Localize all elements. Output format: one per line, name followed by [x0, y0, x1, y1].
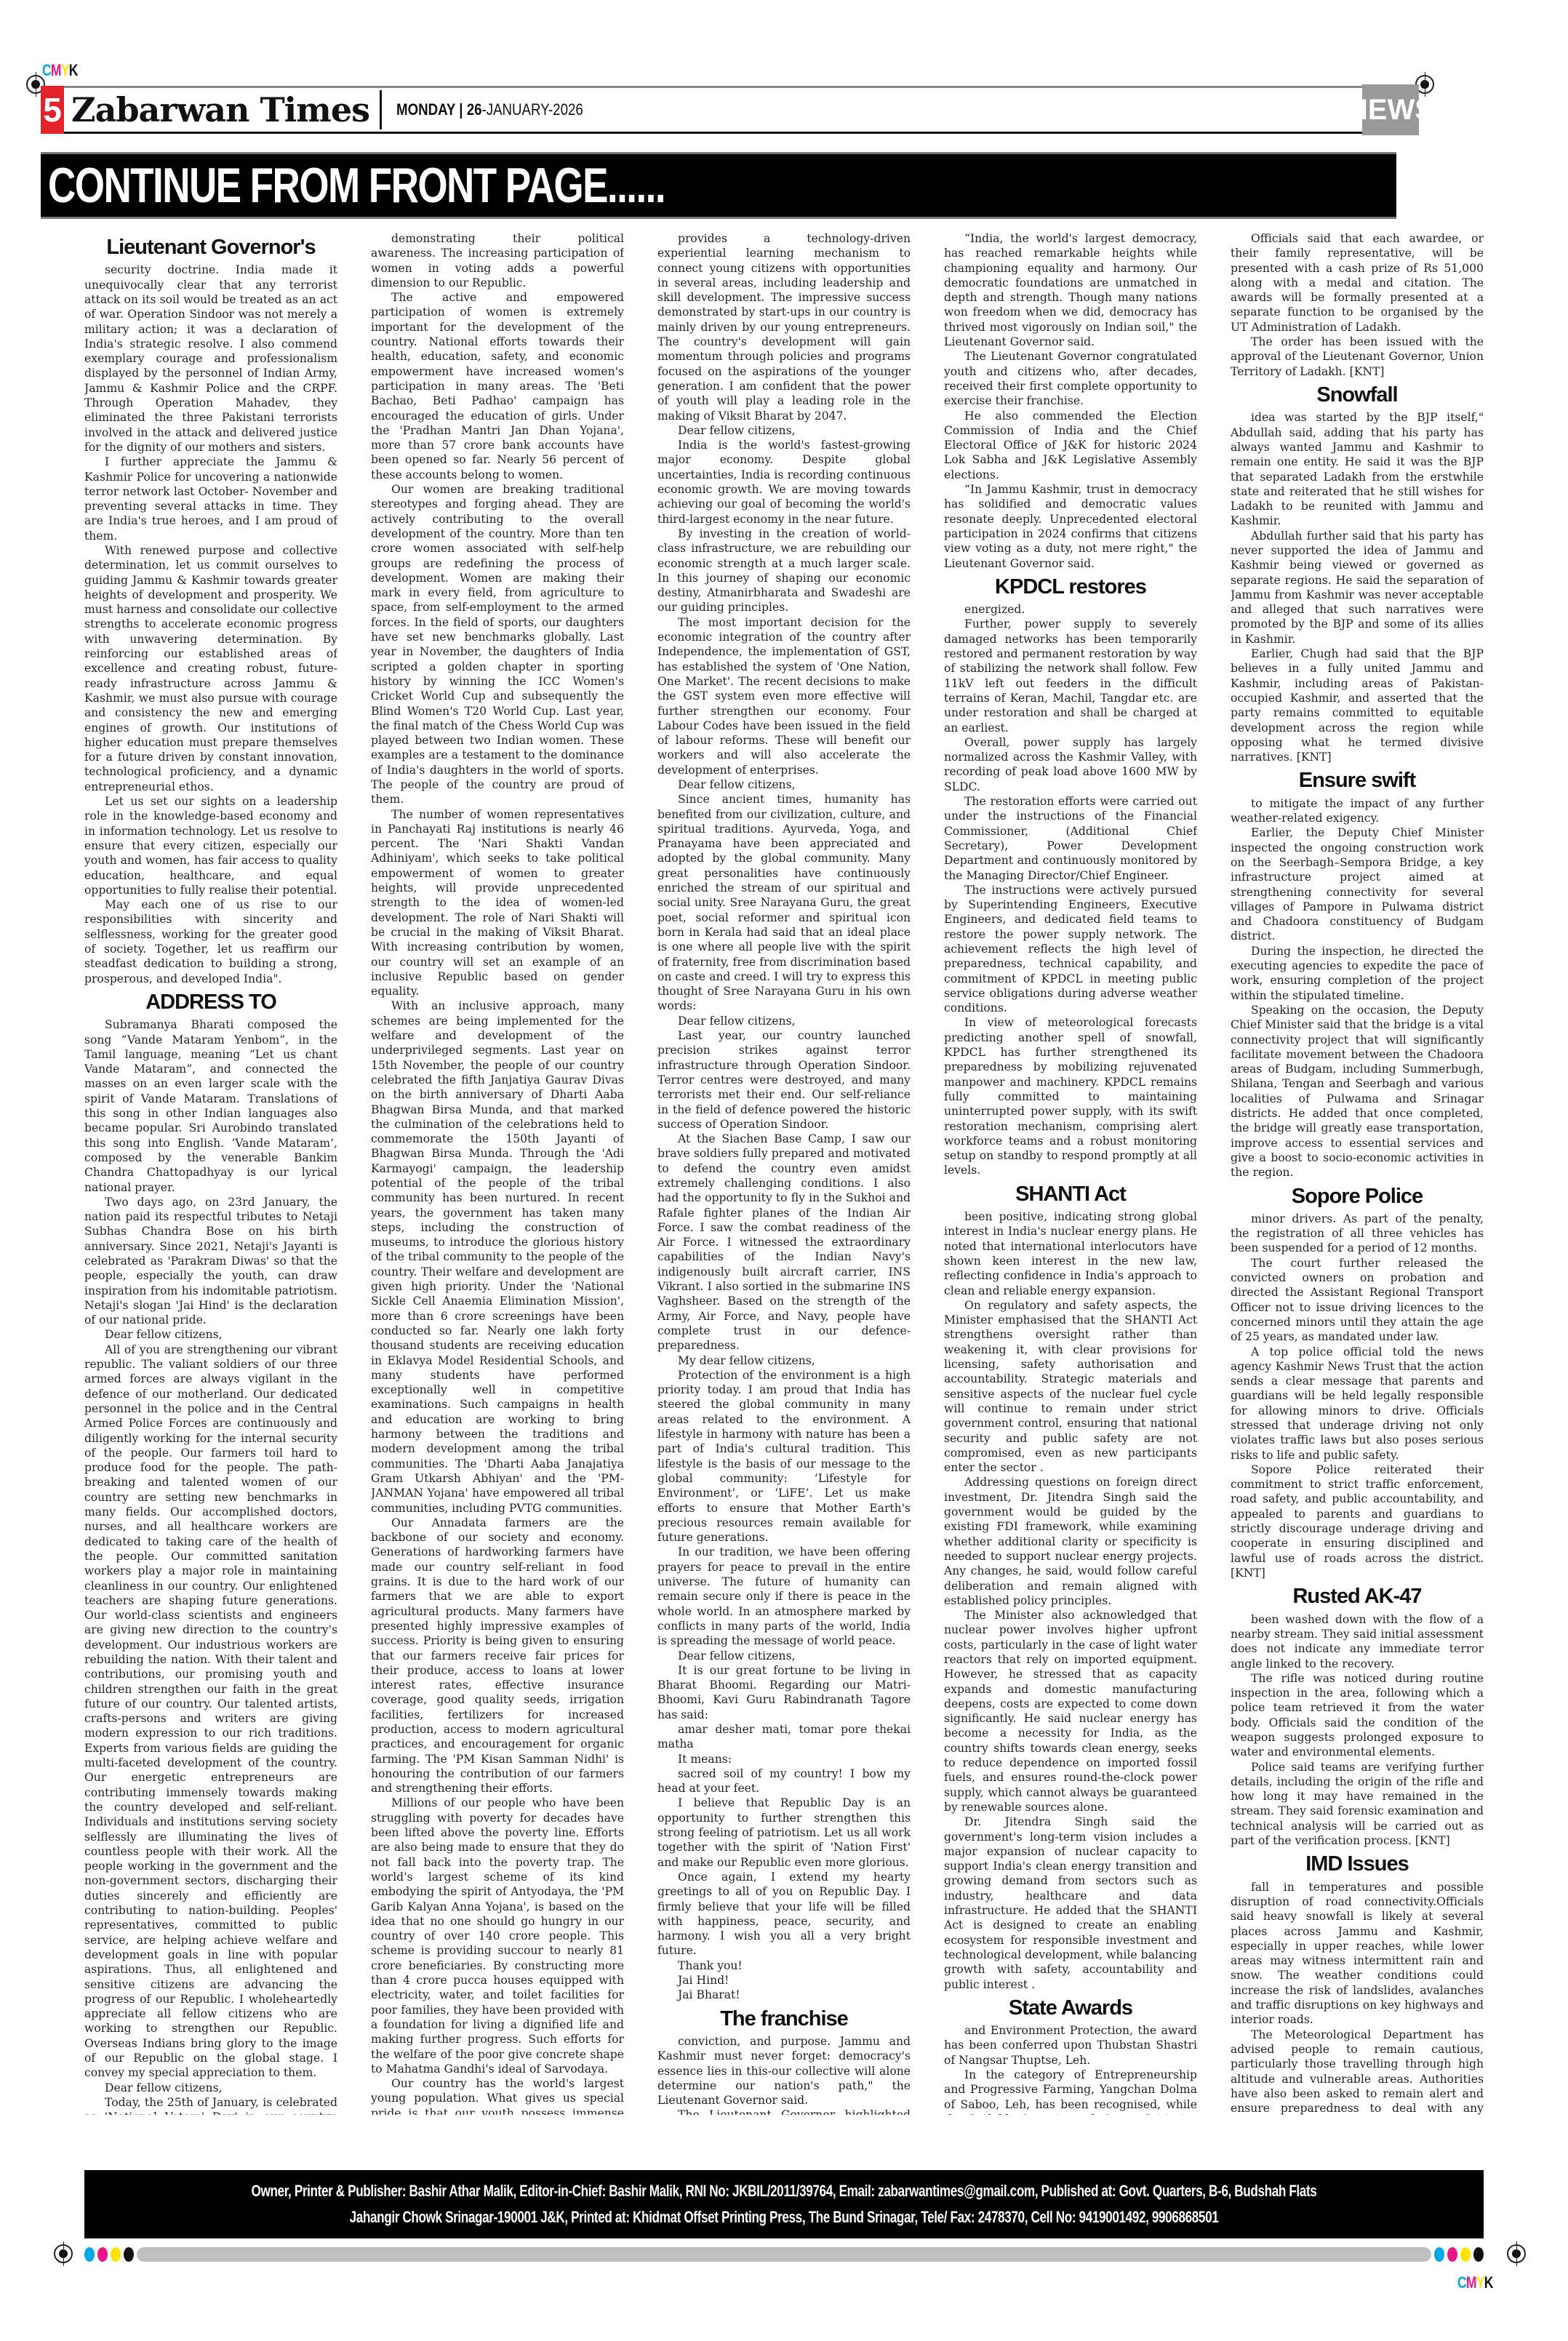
article-paragraph: Further, power supply to severely damage…	[944, 617, 1197, 735]
article-paragraph: All of you are strengthening our vibrant…	[84, 1342, 337, 2081]
section-tag: NEWS	[1362, 84, 1419, 135]
article-paragraph: He also commended the Election Commissio…	[944, 409, 1197, 482]
article-paragraph: Addressing questions on foreign direct i…	[944, 1475, 1197, 1608]
article-paragraph: Protection of the environment is a high …	[657, 1368, 911, 1545]
column-3: provides a technology-driven experientia…	[657, 231, 911, 2115]
registration-mark-icon	[1507, 2244, 1526, 2263]
article-paragraph: A top police official told the news agen…	[1231, 1345, 1484, 1462]
article-paragraph: Thank you!	[657, 1958, 911, 1973]
article: demonstrating their political awareness.…	[371, 231, 624, 2115]
article: State Awardsand Environment Protection, …	[944, 1996, 1197, 2115]
page-number: 5	[41, 86, 64, 134]
article-paragraph: The Meteorological Department has advise…	[1231, 2028, 1484, 2115]
magenta-swatch	[97, 2247, 108, 2262]
article-headline: Lieutenant Governor's	[84, 236, 337, 260]
article-paragraph: India is the world's fastest-growing maj…	[657, 438, 911, 527]
article-paragraph: minor drivers. As part of the penalty, t…	[1231, 1212, 1484, 1256]
divider	[380, 90, 382, 129]
article-paragraph: sacred soil of my country! I bow my head…	[657, 1766, 911, 1796]
article-paragraph: Dear fellow citizens,	[84, 1327, 337, 1342]
article-paragraph: The Lieutenant Governor congratulated yo…	[944, 349, 1197, 408]
banner-title: CONTINUE FROM FRONT PAGE......	[48, 157, 665, 214]
article-paragraph: Jai Hind!	[657, 1973, 911, 1988]
article-paragraph: In view of meteorological forecasts pred…	[944, 1015, 1197, 1177]
article-paragraph: “In Jammu Kashmir, trust in democracy ha…	[944, 482, 1197, 571]
article-paragraph: With an inclusive approach, many schemes…	[371, 999, 624, 1515]
article-paragraph: been washed down with the flow of a near…	[1231, 1612, 1484, 1671]
article-paragraph: “India, the world's largest democracy, h…	[944, 231, 1197, 349]
article-paragraph: Millions of our people who have been str…	[371, 1796, 624, 2076]
article-paragraph: Overall, power supply has largely normal…	[944, 735, 1197, 794]
article: Ensure swiftto mitigate the impact of an…	[1231, 769, 1484, 1180]
article-paragraph: been positive, indicating strong global …	[944, 1209, 1197, 1298]
article-paragraph: Sopore Police reiterated their commitmen…	[1231, 1462, 1484, 1580]
imprint-line-2: Jahangir Chowk Srinagar-190001 J&K, Prin…	[239, 2204, 1330, 2230]
article-headline: State Awards	[944, 1996, 1197, 2020]
dateline: MONDAY | 26-JANUARY-2026	[396, 100, 583, 119]
article-paragraph: The instructions were actively pursued b…	[944, 883, 1197, 1016]
article-paragraph: The court further released the convicted…	[1231, 1256, 1484, 1345]
yellow-swatch	[111, 2247, 121, 2262]
magenta-swatch	[1447, 2247, 1457, 2262]
column-4: “India, the world's largest democracy, h…	[944, 231, 1197, 2115]
article-paragraph: Abdullah further said that his party has…	[1231, 529, 1484, 647]
article-paragraph: The active and empowered participation o…	[371, 290, 624, 482]
imprint-line-1: Owner, Printer & Publisher: Bashir Athar…	[239, 2178, 1330, 2204]
article-paragraph: May each one of us rise to our responsib…	[84, 897, 337, 986]
article-paragraph: Last year, our country launched precisio…	[657, 1028, 911, 1132]
article-headline: The franchise	[657, 2007, 911, 2031]
article-paragraph: Since ancient times, humanity has benefi…	[657, 792, 911, 1013]
column-1: Lieutenant Governor'ssecurity doctrine. …	[84, 231, 337, 2115]
column-2: demonstrating their political awareness.…	[371, 231, 624, 2115]
article-paragraph: I believe that Republic Day is an opport…	[657, 1796, 911, 1869]
cyan-swatch	[84, 2247, 95, 2262]
article: Sopore Policeminor drivers. As part of t…	[1231, 1185, 1484, 1581]
article: Lieutenant Governor'ssecurity doctrine. …	[84, 236, 337, 986]
article-headline: Sopore Police	[1231, 1185, 1484, 1209]
article-headline: KPDCL restores	[944, 575, 1197, 599]
article-paragraph: Officials said that each awardee, or the…	[1231, 231, 1484, 335]
article-paragraph: fall in temperatures and possible disrup…	[1231, 1880, 1484, 2028]
article-headline: Rusted AK-47	[1231, 1585, 1484, 1609]
article-paragraph: Two days ago, on 23rd January, the natio…	[84, 1195, 337, 1328]
article-paragraph: It is our great fortune to be living in …	[657, 1663, 911, 1722]
article-headline: Snowfall	[1231, 383, 1484, 407]
print-color-bar	[84, 2246, 1484, 2262]
article-paragraph: Earlier, Chugh had said that the BJP bel…	[1231, 647, 1484, 764]
article-paragraph: conviction, and purpose. Jammu and Kashm…	[657, 2034, 911, 2108]
article-headline: IMD Issues	[1231, 1852, 1484, 1876]
article-headline: Ensure swift	[1231, 769, 1484, 793]
article-paragraph: At the Siachen Base Camp, I saw our brav…	[657, 1132, 911, 1353]
article-paragraph: Dear fellow citizens,	[84, 2081, 337, 2095]
article-paragraph: The order has been issued with the appro…	[1231, 335, 1484, 379]
article-paragraph: My dear fellow citizens,	[657, 1353, 911, 1368]
article-paragraph: amar desher mati, tomar pore thekai math…	[657, 1722, 911, 1752]
article-paragraph: By investing in the creation of world-cl…	[657, 527, 911, 615]
article-paragraph: Dear fellow citizens,	[657, 423, 911, 438]
cmyk-label-bottom: CMYK	[1457, 2273, 1493, 2292]
article: “India, the world's largest democracy, h…	[944, 231, 1197, 571]
article-paragraph: During the inspection, he directed the e…	[1231, 944, 1484, 1003]
article-paragraph: Dear fellow citizens,	[657, 1014, 911, 1028]
article-paragraph: Our Annadata farmers are the backbone of…	[371, 1516, 624, 1796]
article-paragraph: The most important decision for the econ…	[657, 615, 911, 777]
article-paragraph: Dear fellow citizens,	[657, 1649, 911, 1663]
article-paragraph: The number of women representatives in P…	[371, 807, 624, 999]
article-paragraph: Our women are breaking traditional stere…	[371, 482, 624, 807]
article: The franchiseconviction, and purpose. Ja…	[657, 2007, 911, 2115]
article-paragraph: The Lieutenant Governor highlighted that…	[657, 2108, 911, 2115]
article-paragraph: Let us set our sights on a leadership ro…	[84, 794, 337, 897]
black-swatch	[124, 2247, 134, 2262]
gray-bar	[137, 2247, 1431, 2262]
imprint-footer: Owner, Printer & Publisher: Bashir Athar…	[84, 2170, 1484, 2238]
registration-mark-icon	[54, 2244, 73, 2263]
article-paragraph: I further appreciate the Jammu & Kashmir…	[84, 455, 337, 543]
article-paragraph: Jai Bharat!	[657, 1988, 911, 2002]
article: Officials said that each awardee, or the…	[1231, 231, 1484, 379]
article-paragraph: energized.	[944, 602, 1197, 617]
article-paragraph: Once again, I extend my hearty greetings…	[657, 1870, 911, 1958]
cmyk-label-top: CMYK	[42, 61, 78, 80]
article-paragraph: to mitigate the impact of any further we…	[1231, 796, 1484, 826]
cyan-swatch	[1434, 2247, 1444, 2262]
article: KPDCL restoresenergized.Further, power s…	[944, 575, 1197, 1178]
article-paragraph: Speaking on the occasion, the Deputy Chi…	[1231, 1003, 1484, 1180]
article-paragraph: Earlier, the Deputy Chief Minister inspe…	[1231, 825, 1484, 943]
article: SHANTI Actbeen positive, indicating stro…	[944, 1182, 1197, 1992]
article-paragraph: In the category of Entrepreneurship and …	[944, 2068, 1197, 2115]
article-paragraph: and Environment Protection, the award ha…	[944, 2023, 1197, 2068]
article-paragraph: Subramanya Bharati composed the song “Va…	[84, 1017, 337, 1195]
article-headline: SHANTI Act	[944, 1182, 1197, 1206]
article: IMD Issuesfall in temperatures and possi…	[1231, 1852, 1484, 2115]
newspaper-brand: Zabarwan Times	[71, 90, 369, 129]
article-paragraph: With renewed purpose and collective dete…	[84, 543, 337, 794]
black-swatch	[1473, 2247, 1484, 2262]
article-paragraph: provides a technology-driven experientia…	[657, 231, 911, 423]
article-paragraph: In our tradition, we have been offering …	[657, 1545, 911, 1648]
article-paragraph: The rifle was noticed during routine ins…	[1231, 1671, 1484, 1760]
column-5: Officials said that each awardee, or the…	[1231, 231, 1484, 2115]
article-paragraph: security doctrine. India made it unequiv…	[84, 263, 337, 455]
article-paragraph: On regulatory and safety aspects, the Mi…	[944, 1298, 1197, 1476]
masthead: 5 Zabarwan Times MONDAY | 26-JANUARY-202…	[41, 86, 1373, 134]
article-paragraph: It means:	[657, 1752, 911, 1766]
article: Rusted AK-47been washed down with the fl…	[1231, 1585, 1484, 1848]
section-banner: CONTINUE FROM FRONT PAGE......	[41, 152, 1396, 219]
article-paragraph: idea was started by the BJP itself," Abd…	[1231, 410, 1484, 528]
article: Snowfallidea was started by the BJP itse…	[1231, 383, 1484, 764]
article-paragraph: demonstrating their political awareness.…	[371, 231, 624, 290]
article: ADDRESS TOSubramanya Bharati composed th…	[84, 991, 337, 2115]
yellow-swatch	[1460, 2247, 1471, 2262]
article-paragraph: Dear fellow citizens,	[657, 777, 911, 792]
article-paragraph: Our country has the world's largest youn…	[371, 2076, 624, 2115]
article-paragraph: Dr. Jitendra Singh said the government's…	[944, 1814, 1197, 1992]
article-columns: Lieutenant Governor'ssecurity doctrine. …	[84, 231, 1484, 2115]
article: provides a technology-driven experientia…	[657, 231, 911, 2003]
article-paragraph: The restoration efforts were carried out…	[944, 794, 1197, 883]
article-headline: ADDRESS TO	[84, 991, 337, 1015]
article-paragraph: Police said teams are verifying further …	[1231, 1760, 1484, 1849]
article-paragraph: Today, the 25th of January, is celebrate…	[84, 2095, 337, 2115]
article-paragraph: The Minister also acknowledged that nucl…	[944, 1608, 1197, 1814]
